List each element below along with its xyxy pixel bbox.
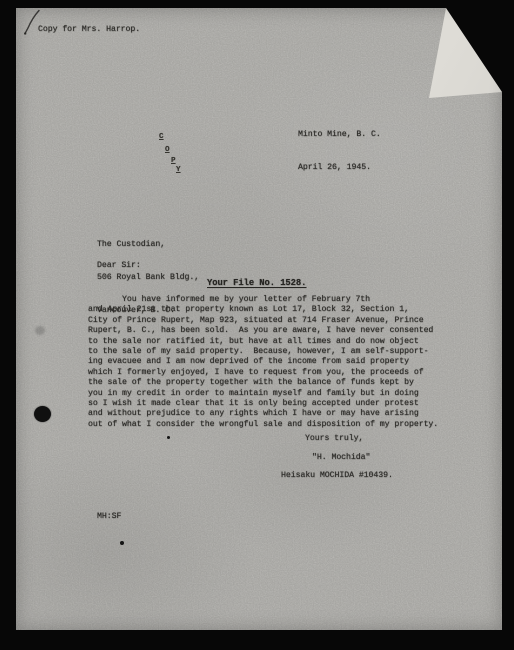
recipient-line-2: 506 Royal Bank Bldg., <box>97 272 199 284</box>
copy-stamp-letter-y: Y <box>176 166 181 174</box>
copy-annotation: Copy for Mrs. Harrop. <box>38 25 140 35</box>
subject-file-number: Your File No. 1528. <box>207 278 306 288</box>
signature-typed: Heisaku MOCHIDA #10439. <box>281 471 393 481</box>
body-line: City of Prince Rupert, Map 923, situated… <box>88 316 424 326</box>
dateline-place: Minto Mine, B. C. <box>298 129 381 141</box>
dateline-block: Minto Mine, B. C. April 26, 1945. <box>298 108 381 195</box>
salutation: Dear Sir: <box>97 261 141 271</box>
copy-stamp-letter-c: C <box>159 133 164 141</box>
signature-quoted: "H. Mochida" <box>312 453 370 463</box>
body-line: the sale of the property together with t… <box>88 378 414 388</box>
body-line: and April 21st that property known as Lo… <box>88 305 409 315</box>
body-line: You have informed me by your letter of F… <box>122 295 370 305</box>
recipient-line-1: The Custodian, <box>97 239 199 251</box>
body-line: to the sale nor ratified it, but have at… <box>88 337 419 347</box>
body-line: to the sale of my said property. Because… <box>88 347 428 357</box>
scanned-letter-page: Copy for Mrs. Harrop. C O P Y Minto Mine… <box>0 0 514 650</box>
body-line: Rupert, B. C., has been sold. As you are… <box>88 326 433 336</box>
body-line: and without prejudice to any rights whic… <box>88 409 419 419</box>
typist-initials: MH:SF <box>97 512 121 522</box>
body-line: ing evacuee and I am now deprived of the… <box>88 357 409 367</box>
body-line: out of what I consider the wrongful sale… <box>88 420 438 430</box>
copy-stamp-letter-o: O <box>165 146 170 154</box>
closing: Yours truly, <box>305 434 363 444</box>
body-line: you in my credit in order to maintain my… <box>88 389 419 399</box>
body-line: so I wish it made clear that it is only … <box>88 399 419 409</box>
copy-stamp-letter-p: P <box>171 157 176 165</box>
letter-text-layer: Copy for Mrs. Harrop. C O P Y Minto Mine… <box>0 0 514 650</box>
body-line: which I formerly enjoyed, I have to requ… <box>88 368 424 378</box>
dateline-date: April 26, 1945. <box>298 162 381 174</box>
